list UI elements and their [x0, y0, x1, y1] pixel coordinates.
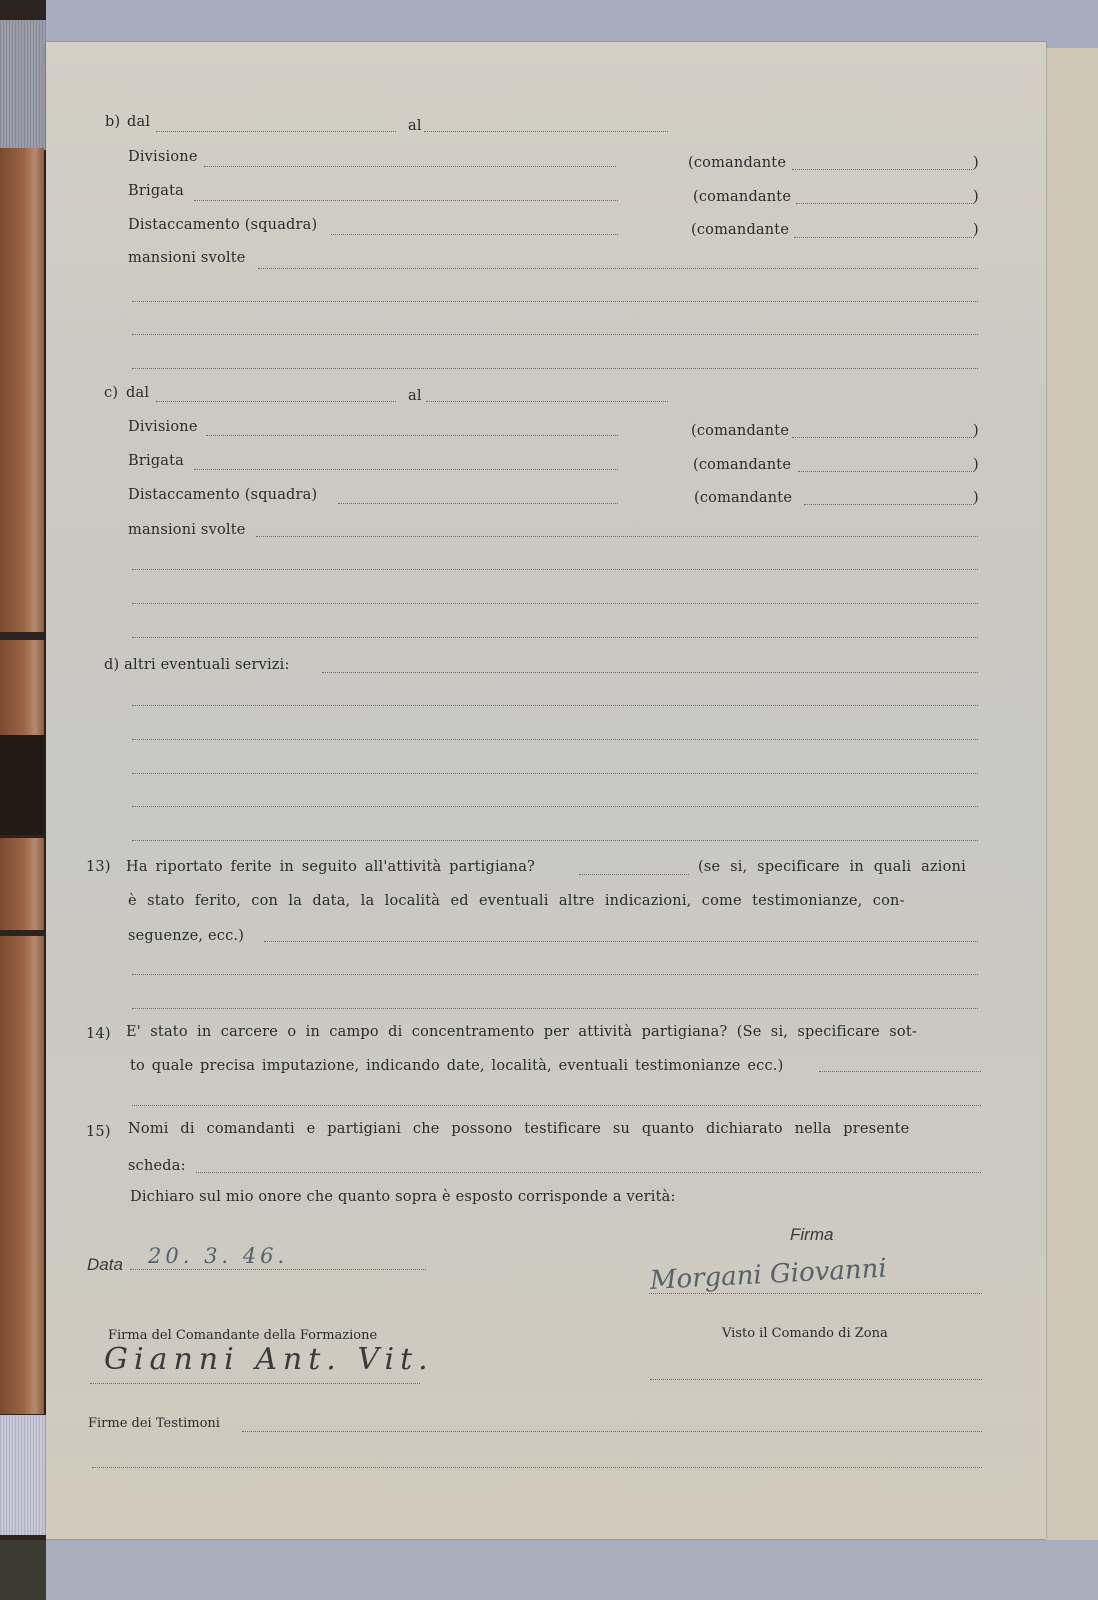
- section-b-al-label: al: [408, 118, 422, 134]
- section-c-mansioni-line[interactable]: [132, 569, 978, 570]
- data-value[interactable]: 20. 3. 46.: [148, 1244, 288, 1268]
- q14-question-line2: to quale precisa imputazione, indicando …: [130, 1058, 783, 1074]
- section-d-line[interactable]: [132, 806, 978, 807]
- close-paren: ): [973, 490, 979, 506]
- q13-instruction-line2: è stato ferito, con la data, la località…: [128, 893, 905, 909]
- q13-details-line[interactable]: [132, 974, 978, 975]
- section-b-mansioni-field[interactable]: [258, 268, 978, 269]
- section-b-brigata-label: Brigata: [128, 183, 184, 199]
- witnesses-label: Firme dei Testimoni: [88, 1416, 220, 1431]
- section-c-al-field[interactable]: [426, 401, 668, 402]
- wood-block: [0, 640, 44, 735]
- section-b-divisione-comandante-field[interactable]: [792, 169, 974, 170]
- section-b-dal-field[interactable]: [156, 131, 396, 132]
- ribbon-bottom: [0, 1415, 46, 1535]
- section-c-divisione-comandante-field[interactable]: [792, 437, 974, 438]
- section-c-mansioni-label: mansioni svolte: [128, 522, 246, 538]
- data-field-line[interactable]: [130, 1269, 426, 1270]
- section-c-distaccamento-comandante-field[interactable]: [804, 504, 974, 505]
- form-sheet: b) dal al Divisione (comandante ) Brigat…: [46, 42, 1046, 1539]
- section-c-dal-field[interactable]: [156, 401, 396, 402]
- section-c-al-label: al: [408, 388, 422, 404]
- section-b-distaccamento-comandante-field[interactable]: [794, 237, 974, 238]
- q13-number: 13): [86, 859, 111, 875]
- section-c-mansioni-line[interactable]: [132, 637, 978, 638]
- section-b-brigata-comandante-field[interactable]: [796, 203, 974, 204]
- close-paren: ): [973, 155, 979, 171]
- section-d-line[interactable]: [132, 773, 978, 774]
- section-b-divisione-comandante-label: (comandante: [688, 155, 786, 171]
- commander-signature-label: Firma del Comandante della Formazione: [108, 1328, 377, 1343]
- commander-signature[interactable]: Gianni Ant. Vit.: [104, 1342, 434, 1377]
- section-c-mansioni-field[interactable]: [256, 536, 978, 537]
- dark-block: [0, 735, 44, 835]
- section-b-dal-label: dal: [127, 114, 150, 130]
- section-c-distaccamento-field[interactable]: [338, 503, 618, 504]
- adjacent-page: [1045, 48, 1098, 1540]
- section-c-brigata-comandante-field[interactable]: [798, 471, 974, 472]
- section-b-distaccamento-field[interactable]: [331, 234, 618, 235]
- q14-number: 14): [86, 1026, 111, 1042]
- section-b-al-field[interactable]: [424, 131, 668, 132]
- q13-answer-field[interactable]: [579, 874, 689, 875]
- q15-answer-field[interactable]: [196, 1172, 981, 1173]
- witnesses-field[interactable]: [242, 1431, 982, 1432]
- section-d-label: d) altri eventuali servizi:: [104, 657, 290, 673]
- close-paren: ): [973, 423, 979, 439]
- q14-answer-field[interactable]: [819, 1071, 981, 1072]
- section-b-mansioni-line[interactable]: [132, 368, 978, 369]
- q15-question-line2: scheda:: [128, 1158, 186, 1174]
- section-d-line[interactable]: [132, 840, 978, 841]
- declaration-text: Dichiaro sul mio onore che quanto sopra …: [130, 1189, 676, 1205]
- q14-answer-line[interactable]: [132, 1105, 981, 1106]
- applicant-signature[interactable]: Morgani Giovanni: [649, 1254, 887, 1296]
- q15-number: 15): [86, 1124, 111, 1140]
- section-c-distaccamento-label: Distaccamento (squadra): [128, 487, 317, 503]
- section-c-brigata-comandante-label: (comandante: [693, 457, 791, 473]
- q13-instruction-line3: seguenze, ecc.): [128, 928, 244, 944]
- q13-question: Ha riportato ferite in seguito all'attiv…: [126, 859, 535, 875]
- close-paren: ): [973, 222, 979, 238]
- q14-question: E' stato in carcere o in campo di concen…: [126, 1024, 917, 1040]
- section-b-mansioni-line[interactable]: [132, 334, 978, 335]
- close-paren: ): [973, 457, 979, 473]
- section-b-mansioni-label: mansioni svolte: [128, 250, 246, 266]
- section-b-mansioni-line[interactable]: [132, 301, 978, 302]
- section-b-label: b): [105, 114, 120, 130]
- close-paren: ): [973, 189, 979, 205]
- section-c-mansioni-line[interactable]: [132, 603, 978, 604]
- dark-block-bottom: [0, 1540, 46, 1600]
- applicant-signature-line[interactable]: [649, 1293, 982, 1294]
- section-c-divisione-field[interactable]: [206, 435, 618, 436]
- witnesses-line[interactable]: [92, 1467, 982, 1468]
- section-d-line[interactable]: [132, 739, 978, 740]
- q13-instruction: (se si, specificare in quali azioni: [698, 859, 966, 875]
- q13-details-line[interactable]: [132, 1008, 978, 1009]
- section-c-divisione-comandante-label: (comandante: [691, 423, 789, 439]
- section-b-brigata-comandante-label: (comandante: [693, 189, 791, 205]
- section-b-distaccamento-label: Distaccamento (squadra): [128, 217, 317, 233]
- section-b-brigata-field[interactable]: [194, 200, 618, 201]
- section-c-brigata-field[interactable]: [194, 469, 618, 470]
- firma-label: Firma: [790, 1225, 833, 1245]
- section-b-divisione-label: Divisione: [128, 149, 198, 165]
- wood-block: [0, 936, 44, 1414]
- section-c-divisione-label: Divisione: [128, 419, 198, 435]
- background-top: [46, 0, 1098, 45]
- wood-block: [0, 838, 44, 930]
- wood-block: [0, 148, 44, 632]
- section-d-line[interactable]: [132, 705, 978, 706]
- section-c-dal-label: dal: [126, 385, 149, 401]
- section-d-field[interactable]: [322, 672, 978, 673]
- q13-details-field[interactable]: [264, 941, 978, 942]
- commander-signature-line[interactable]: [90, 1383, 420, 1384]
- section-c-distaccamento-comandante-label: (comandante: [694, 490, 792, 506]
- q15-question: Nomi di comandanti e partigiani che poss…: [128, 1121, 909, 1137]
- visto-label: Visto il Comando di Zona: [722, 1326, 888, 1341]
- section-b-divisione-field[interactable]: [204, 166, 616, 167]
- visto-signature-line[interactable]: [650, 1379, 982, 1380]
- section-b-distaccamento-comandante-label: (comandante: [691, 222, 789, 238]
- ribbon-top: [0, 20, 46, 150]
- section-c-brigata-label: Brigata: [128, 453, 184, 469]
- section-c-label: c): [104, 385, 118, 401]
- data-label: Data: [87, 1255, 123, 1275]
